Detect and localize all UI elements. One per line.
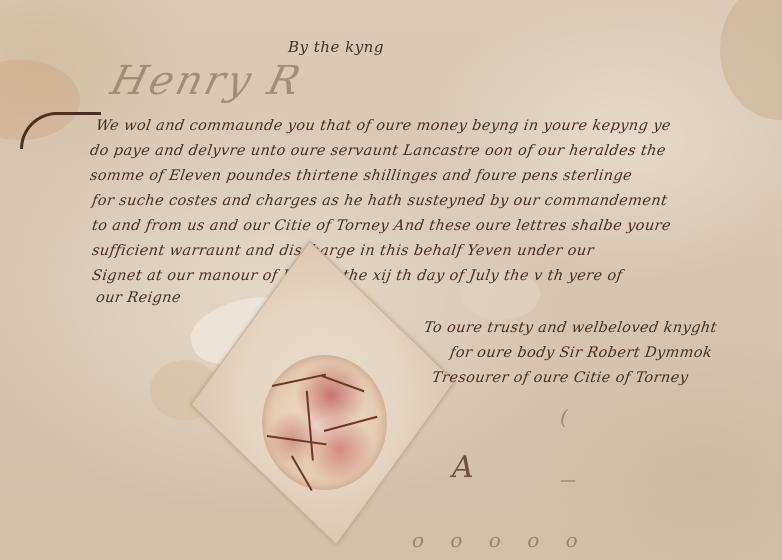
parchment-document: By the kyng Henry R We wol and commaunde…: [0, 0, 782, 560]
address-line-3: Tresourer of oure Citie of Torney: [431, 370, 690, 386]
body-line-1: We wol and commaunde you that of oure mo…: [95, 118, 672, 134]
royal-sign-manual: Henry R: [106, 58, 307, 104]
endorsement-mark-a: A: [452, 450, 474, 485]
body-line-2: do paye and delyvre unto oure servaunt L…: [89, 143, 667, 159]
seal-crack: [322, 375, 365, 392]
heading-by-the-king: By the kyng: [288, 38, 384, 56]
seal-crack: [267, 435, 327, 445]
body-line-8: our Reigne: [95, 290, 182, 306]
seal-crack: [324, 416, 378, 432]
red-wax-seal: [262, 355, 387, 490]
faint-endorsement-row: o o o o o: [412, 528, 588, 552]
body-line-7: Signet at our manour of Eltham the xij t…: [91, 268, 624, 284]
body-line-3: somme of Eleven poundes thirtene shillin…: [89, 168, 633, 184]
address-line-1: To oure trusty and welbeloved knyght: [423, 320, 718, 336]
address-line-2: for oure body Sir Robert Dymmok: [449, 345, 713, 361]
faint-tick-mark: (: [560, 405, 568, 429]
endorsement-dash: —: [560, 470, 576, 489]
seal-crack: [272, 374, 326, 387]
seal-crack: [306, 391, 314, 461]
body-line-5: to and from us and our Citie of Torney A…: [91, 218, 672, 234]
body-line-4: for suche costes and charges as he hath …: [91, 193, 668, 209]
stain-top-right: [720, 0, 782, 120]
body-line-6: sufficient warraunt and discharge in thi…: [91, 243, 595, 259]
decorated-initial-flourish: [20, 112, 101, 149]
